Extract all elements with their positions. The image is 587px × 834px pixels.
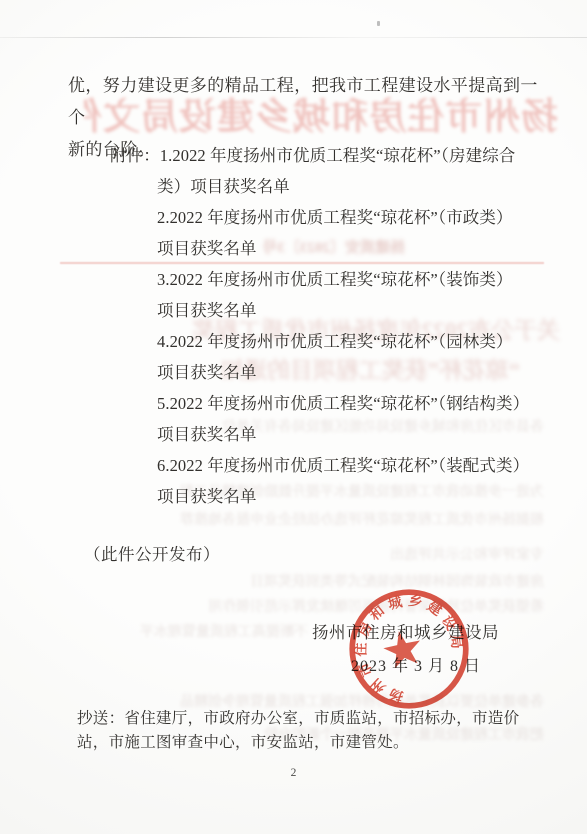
intro-line: 优，努力建设更多的精品工程，把我市工程建设水平提高到一个: [68, 70, 547, 134]
page-number: 2: [0, 767, 587, 779]
public-release-note: （此件公开发布）: [84, 541, 220, 565]
bleedthrough-line: 根据扬州市优质工程奖琼花杯评选办法经企业申报各地推荐: [58, 509, 544, 529]
attachment-line: 3.2022 年度扬州市优质工程奖“琼花杯”（装饰类）: [157, 264, 551, 295]
cc-block: 抄送：省住建厅，市政府办公室，市质监站，市招标办，市造价 站，市施工图审查中心，…: [77, 707, 545, 755]
attachment-line: 项目获奖名单: [157, 357, 551, 388]
bleedthrough-line: 专家评审和公示共评选出: [300, 544, 544, 564]
bleedthrough-line: 房建市政装饰园林钢结构装配式等类别获奖项目: [58, 571, 544, 591]
scan-speck: [377, 21, 380, 26]
bleedthrough-line: 不断提高工程质量管理水平: [58, 621, 308, 641]
attachment-line: 4.2022 年度扬州市优质工程奖“琼花杯”（园林类）: [157, 326, 551, 357]
cc-line: 抄送：省住建厅，市政府办公室，市质监站，市招标办，市造价: [77, 707, 545, 731]
attachment-line: 项目获奖名单: [157, 233, 551, 264]
attachment-line: 类）项目获奖名单: [157, 171, 551, 202]
attachment-list: 附件：1.2022 年度扬州市优质工程奖“琼花杯”（房建综合 类）项目获奖名单 …: [68, 140, 551, 512]
bleedthrough-line: 希望获奖单位珍惜荣誉再接再厉继续发挥示范引领作用: [58, 596, 544, 616]
attachment-line: 6.2022 年度扬州市优质工程奖“琼花杯”（装配式类）: [157, 450, 551, 481]
cc-line: 站，市施工图审查中心，市安监站，市建管处。: [77, 731, 545, 755]
seal-star-icon: [381, 627, 425, 670]
scan-fold-line: [0, 37, 587, 38]
attachment-line: 附件：1.2022 年度扬州市优质工程奖“琼花杯”（房建综合: [110, 140, 551, 171]
attachment-line: 项目获奖名单: [157, 481, 551, 512]
attachment-line: 2.2022 年度扬州市优质工程奖“琼花杯”（市政类）: [157, 202, 551, 233]
attachment-line: 项目获奖名单: [157, 295, 551, 326]
attachment-line: 5.2022 年度扬州市优质工程奖“琼花杯”（钢结构类）: [157, 388, 551, 419]
official-seal: 扬州市住房和城乡建设局: [333, 573, 485, 725]
attachment-line: 项目获奖名单: [157, 419, 551, 450]
